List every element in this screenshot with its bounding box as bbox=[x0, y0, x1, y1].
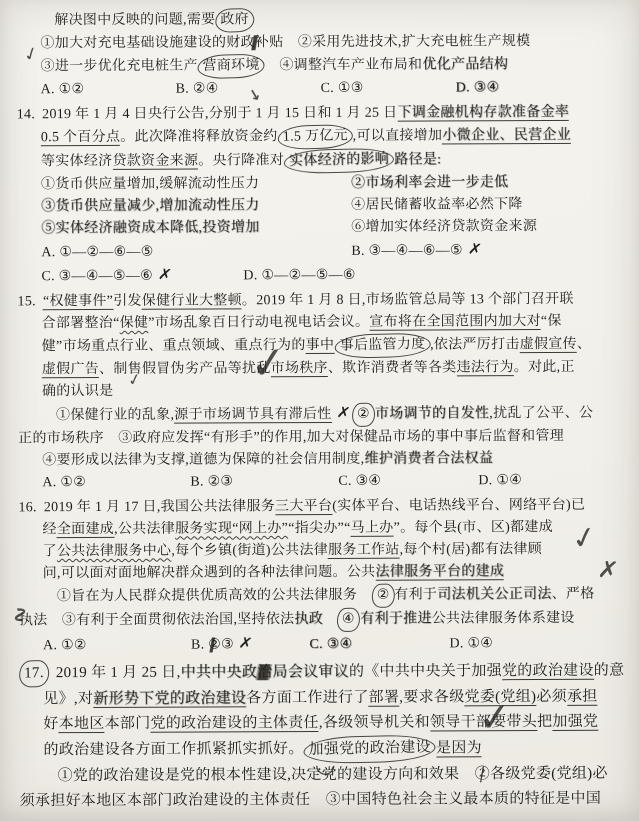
text-segment: 维护消费者合法权益 bbox=[364, 451, 493, 467]
page-content: 解决图中反映的问题,需要政府①加大对充电基础设施建设的财政补贴 ②采用先进技术,… bbox=[0, 0, 639, 814]
text-segment: 源于市场调节具有滞后性 bbox=[174, 407, 331, 424]
text-segment: 保健行业大整顿 bbox=[142, 293, 242, 309]
text-segment: 公共法律服务体系建设 bbox=[432, 611, 575, 627]
option-c: C. ③④ bbox=[309, 633, 449, 656]
text-segment: ,可以直接增加 bbox=[353, 128, 443, 143]
option-c: C. ①③ bbox=[321, 77, 456, 100]
text-segment: 法律服务平台的建成 bbox=[375, 564, 504, 581]
text-segment: 党委(党组) bbox=[464, 689, 536, 706]
text-segment: 事中 bbox=[306, 338, 335, 354]
text-segment: ①货币供应量增加,缓解流动性压力 bbox=[41, 173, 351, 196]
text-segment: 、 bbox=[577, 337, 591, 352]
text-segment: 路径是: bbox=[394, 152, 441, 167]
text-segment: 司法机关公正司法 bbox=[437, 587, 551, 602]
scanned-exam-page: 解决图中反映的问题,需要政府①加大对充电基础设施建设的财政补贴 ②采用先进技术,… bbox=[0, 0, 639, 821]
text-line: ⑤实体经济融资成本降低,投资增加⑥增加实体经济贷款资金来源 bbox=[0, 216, 626, 241]
text-line: 14.2019 年 1 月 4 日央行公告,分别于 1 月 15 日和 1 月 … bbox=[0, 102, 626, 127]
x-mark: ✗ bbox=[237, 631, 254, 655]
text-segment: 保健 bbox=[120, 316, 149, 331]
question-number-circled: 17. bbox=[19, 660, 49, 688]
text-segment: 党的政治建设 bbox=[502, 663, 594, 680]
text-segment: 。央行降准对 bbox=[198, 153, 284, 168]
circled-phrase: 营商环境 bbox=[198, 54, 266, 79]
text-segment: 的政治建设各方面工作抓紧抓实抓好。 bbox=[43, 741, 303, 758]
text-segment: 马上办 bbox=[351, 521, 394, 537]
text-segment: 的意 bbox=[594, 663, 625, 679]
text-segment: ④调整汽车产业布局和 bbox=[265, 58, 422, 74]
text-segment: 的《中共中央关于加强 bbox=[349, 663, 502, 680]
text-segment: 是因为 bbox=[436, 740, 482, 757]
text-line: A. ①②B. ②③C. ③④D. ①④ bbox=[0, 470, 627, 495]
text-line: ①加大对充电基础设施建设的财政补贴 ②采用先进技术,扩大充电桩生产规模 bbox=[0, 31, 625, 56]
circled-phrase: ② bbox=[371, 583, 394, 607]
text-segment: 。此次降准将释放资金约 bbox=[120, 129, 277, 145]
text-line: ①党的政治建设是党的根本性建设,决定党的建设方向和效果 ②各级党委(党组)必 bbox=[2, 762, 629, 790]
text-segment: ② bbox=[475, 766, 490, 782]
text-segment: 2019 年 1 月 25 日, bbox=[56, 665, 181, 682]
text-line: A. ①—②—⑥—⑤B. ③—④—⑥—⑤✗ bbox=[0, 238, 626, 265]
text-segment: 。2019 年 1 月 8 日,市场监管总局等 13 个部门召开联 bbox=[242, 292, 574, 308]
text-line: 执法 ③有利于全面贯彻依法治国,坚持依法执政 ④有利于推进公共法律服务体系建设 bbox=[1, 607, 628, 634]
text-segment: ”。每个县(市、区)都建成 bbox=[394, 520, 554, 536]
text-segment: 、制售假冒伪劣产品等扰乱 bbox=[99, 361, 271, 377]
text-segment: 虚假广告 bbox=[42, 362, 99, 378]
text-line: ①旨在为人民群众提供优质高效的公共法律服务 ②有利于司法机关公正司法、严格 bbox=[1, 583, 628, 610]
text-line: ③进一步优化充电桩生产营商环境 ④调整汽车产业布局和优化产品结构 bbox=[0, 53, 626, 80]
text-segment: 等实体经济 bbox=[41, 154, 113, 169]
option-a: A. ①② bbox=[42, 472, 190, 495]
text-segment: 执法 ③有利于全面贯彻依法治国,坚持依法 bbox=[19, 612, 295, 628]
circled-phrase: ④ bbox=[337, 608, 360, 632]
text-segment: 市场秩序 bbox=[271, 361, 328, 377]
text-segment: “权健事件” bbox=[43, 294, 113, 310]
text-segment: 优化产品结构 bbox=[422, 57, 508, 72]
text-segment: 加强党 bbox=[552, 714, 598, 731]
text-segment: 有利于 bbox=[394, 587, 437, 602]
circled-phrase: ② bbox=[352, 403, 375, 427]
text-segment: 把 bbox=[537, 714, 552, 730]
option-a: A. ①② bbox=[43, 635, 191, 658]
text-line: ①保健行业的乱象,源于市场调节具有滞后性✗②市场调节的自发性,扰乱了公平、公 bbox=[0, 401, 627, 429]
text-line: 好本地区本部门党的政治建设的主体责任,各级领导机关和领导干部要带头把加强党 bbox=[1, 710, 628, 738]
text-segment: ,每个村(居)都有法律顾 bbox=[400, 542, 543, 558]
text-line: 17.2019 年 1 月 25 日,中共中央政治局会议审议的《中共中央关于加强… bbox=[1, 658, 628, 688]
text-segment: ④要形成以法律为支撑,道德为保障的社会信用制度, bbox=[42, 452, 364, 468]
text-segment: 引发 bbox=[113, 294, 142, 309]
circled-phrase: 政府 bbox=[215, 8, 254, 33]
text-line: 16.2019 年 1 月 17 日,我国公共法律服务三大平台(实体平台、电话热… bbox=[0, 495, 627, 520]
text-line: 了公共法律服务中心,每个乡镇(街道)公共法律服务工作站,每个村(居)都有法律顾 bbox=[1, 539, 628, 564]
text-segment: 2019 年 1 月 4 日央行公告,分别于 1 月 15 日和 1 月 25 … bbox=[42, 106, 397, 123]
text-segment: 健”市场重点行业、重点领域、重点行为的 bbox=[42, 338, 306, 354]
text-segment: “指尖办”“ bbox=[288, 521, 351, 536]
text-segment: ,依法严厉打击 bbox=[430, 337, 520, 352]
option-d: D. ①④ bbox=[478, 473, 522, 488]
text-segment: 各级党委(党组)必 bbox=[490, 766, 608, 783]
text-segment: ③货币供应量减少,增加流动性压力 bbox=[41, 195, 351, 218]
question-number: 14. bbox=[17, 107, 35, 122]
text-segment: 见》,对 bbox=[43, 691, 93, 707]
text-segment: 承担 bbox=[567, 689, 598, 706]
option-a: A. ①② bbox=[41, 79, 176, 102]
text-segment: 了 bbox=[43, 544, 57, 559]
text-line: C. ③—④—⑤—⑥✗D. ①—②—⑤—⑥ bbox=[0, 262, 626, 289]
text-segment: 、欺诈消费者等各类 bbox=[328, 360, 457, 376]
x-mark: ✗ bbox=[335, 401, 352, 425]
option-a: A. ①—②—⑥—⑤ bbox=[41, 241, 351, 264]
text-segment: 市场调节的自发性 bbox=[375, 406, 489, 421]
text-segment: 三大平台 bbox=[275, 499, 332, 515]
text-segment: 新形势下党的政治建设 bbox=[93, 690, 246, 708]
question-number: 15. bbox=[18, 294, 36, 309]
text-segment: 部署 bbox=[369, 690, 400, 707]
text-segment: ①保健行业的乱象, bbox=[56, 408, 174, 424]
text-line: 解决图中反映的问题,需要政府 bbox=[0, 7, 625, 34]
text-segment bbox=[323, 612, 337, 627]
option-b: B. ②③ bbox=[191, 637, 234, 652]
text-segment: 财政补贴 bbox=[226, 35, 283, 50]
text-segment: “保 bbox=[541, 314, 562, 329]
text-segment: 解决图中反映的问题,需要 bbox=[54, 12, 215, 28]
circled-phrase: 实体经济的影响 bbox=[284, 148, 395, 174]
text-line: A. ①②B. ②④C. ①③D. ③④ bbox=[0, 77, 626, 102]
text-segment: 各方面工作进行了 bbox=[246, 690, 368, 707]
text-line: 见》,对新形势下党的政治建设各方面工作进行了部署,要求各级党委(党组)必须承担 bbox=[1, 685, 628, 713]
text-segment: ,公共法律 bbox=[114, 522, 175, 537]
text-segment: ①旨在为人民群众提供优质高效的公共法律服务 bbox=[57, 588, 372, 604]
text-segment: 执政 bbox=[294, 612, 323, 627]
text-line: ③货币供应量减少,增加流动性压力④居民储蓄收益率必然下降 bbox=[0, 194, 626, 219]
text-segment: ,每个乡镇(街道)公共法律 bbox=[171, 543, 328, 559]
circled-phrase: 事后监管力度 bbox=[334, 333, 430, 359]
text-segment: 服务实现“网上办” bbox=[175, 521, 288, 536]
question-number: 16. bbox=[18, 500, 36, 515]
x-mark: ✗ bbox=[466, 237, 483, 261]
text-line: 须承担好本地区本部门政治建设的主体责任 ③中国特色社会主义最本质的特征是中国 bbox=[2, 787, 629, 815]
text-segment: 领导干部要带头 bbox=[430, 714, 537, 731]
text-segment: 贷款资金来源 bbox=[112, 154, 198, 170]
text-line: ④要形成以法律为支撑,道德为保障的社会信用制度,维护消费者合法权益 bbox=[0, 448, 627, 473]
option-d: D. ③④ bbox=[456, 80, 500, 95]
text-segment: 合部署整治“ bbox=[42, 316, 120, 331]
option-d: D. ①—②—⑤—⑥ bbox=[243, 268, 355, 283]
option-d: D. ①④ bbox=[449, 636, 493, 651]
text-segment: 全面建成 bbox=[57, 522, 114, 538]
text-line: 等实体经济贷款资金来源。央行降准对实体经济的影响路径是: bbox=[0, 148, 626, 175]
text-segment: 必须 bbox=[536, 689, 567, 705]
text-segment: (实体平台、电话热线平台、网络平台)已 bbox=[332, 498, 585, 514]
text-line: 经全面建成,公共法律服务实现“网上办”“指尖办”“马上办”。每个县(市、区)都建… bbox=[0, 517, 627, 542]
text-segment: 经 bbox=[43, 522, 57, 537]
text-segment: 本部门 bbox=[105, 716, 151, 732]
circled-phrase: 加强党的政治建设 bbox=[303, 734, 436, 764]
text-segment: ⑤实体经济融资成本降低,投资增加 bbox=[41, 217, 351, 240]
circled-phrase: 1.5 万亿元 bbox=[277, 124, 353, 150]
text-segment: 公共法律服务中心 bbox=[57, 544, 171, 559]
text-line: 正的市场秩序 ③政府应发挥“有形手”的作用,加大对保健品市场的事中事后监督和管理 bbox=[0, 426, 627, 451]
text-segment: 党的政治建设的主体责任 bbox=[150, 715, 318, 733]
option-b: B. ②③ bbox=[190, 471, 338, 494]
text-segment: 服务工作站 bbox=[328, 543, 400, 559]
text-segment: 正的市场秩序 ③政府应发挥“有形手”的作用,加大对保健品市场的事中事后监督和管理 bbox=[18, 429, 564, 446]
text-line: 合部署整治“保健”市场乱象百日行动电视电话会议。宣布将在全国范围内加大对“保 bbox=[0, 311, 627, 336]
text-segment: ⑥增加实体经济贷款资金来源 bbox=[351, 219, 537, 235]
text-segment: ②采用先进技术,扩大充电桩生产规模 bbox=[283, 34, 530, 50]
text-segment: 确的认识是 bbox=[42, 384, 114, 399]
option-b: B. ②④ bbox=[176, 78, 321, 101]
text-segment: 。对此,正 bbox=[514, 360, 575, 375]
text-segment: 宣布将在全国范围内加大对 bbox=[369, 314, 541, 331]
text-segment: ①党的政治建设是党的根本性建设,决定党的建设方向和效果 bbox=[58, 766, 475, 784]
option-c: C. ③—④—⑤—⑥ bbox=[41, 269, 153, 284]
text-line: 15.“权健事件”引发保健行业大整顿。2019 年 1 月 8 日,市场监管总局… bbox=[0, 289, 627, 314]
x-mark: ✗ bbox=[156, 263, 173, 287]
text-segment: 下调金融机构存款准备金率 bbox=[397, 105, 569, 122]
text-segment: 中共中央政治局会议审议 bbox=[181, 664, 349, 681]
text-segment: 须承担好本地区本部门政治建设的主体责任 ③中国特色社会主义最本质的特征是中国 bbox=[20, 791, 601, 810]
text-segment: 好 bbox=[43, 716, 58, 732]
text-line: 问,可以面对面地解决群众遇到的各种法律问题。公共法律服务平台的建成 bbox=[1, 561, 628, 586]
text-segment: 虚假宣传 bbox=[520, 337, 577, 353]
text-line: 0.5 个百分点。此次降准将释放资金约1.5 万亿元,可以直接增加小微企业、民营… bbox=[0, 124, 626, 151]
text-segment: 有利于推进 bbox=[360, 612, 432, 627]
text-line: 虚假广告、制售假冒伪劣产品等扰乱市场秩序、欺诈消费者等各类违法行为。对此,正 bbox=[0, 357, 627, 382]
text-segment: 0.5 个百分点 bbox=[41, 130, 120, 146]
text-segment: 本地区 bbox=[59, 716, 105, 733]
text-segment: ,扰乱了公平、公 bbox=[489, 406, 593, 421]
text-line: ①货币供应量增加,缓解流动性压力②市场利率会进一步走低 bbox=[0, 172, 626, 197]
text-segment: ,各级领导机关和 bbox=[319, 715, 430, 731]
text-segment: 违法行为 bbox=[457, 360, 514, 376]
text-segment: ①加大对充电基础设施建设的 bbox=[40, 35, 226, 51]
text-segment: ”市场乱象百日行动电视电话会议。 bbox=[148, 315, 369, 331]
option-b: B. ③—④—⑥—⑤ bbox=[351, 243, 463, 258]
text-line: 的政治建设各方面工作抓紧抓实抓好。加强党的政治建设是因为 bbox=[1, 735, 628, 765]
text-segment: 问,可以面对面地解决群众遇到的各种法律问题。公共 bbox=[43, 565, 376, 581]
text-segment: ②市场利率会进一步走低 bbox=[351, 175, 508, 191]
text-segment: ④居民储蓄收益率必然下降 bbox=[351, 197, 523, 213]
text-segment: 2019 年 1 月 17 日,我国公共法律服务 bbox=[44, 499, 275, 515]
text-segment: 、严格 bbox=[552, 587, 595, 602]
option-c: C. ③④ bbox=[338, 470, 478, 493]
text-line: 确的认识是 bbox=[0, 379, 627, 404]
text-segment: ,要求各级 bbox=[399, 689, 464, 705]
text-segment: 小微企业、民营企业 bbox=[442, 128, 571, 145]
text-line: A. ①②B. ②③✗C. ③④D. ①④ bbox=[1, 631, 628, 658]
text-line: 健”市场重点行业、重点领域、重点行为的事中事后监管力度,依法严厉打击虚假宣传、 bbox=[0, 333, 627, 360]
text-segment: ③进一步优化充电桩生产 bbox=[40, 59, 197, 75]
